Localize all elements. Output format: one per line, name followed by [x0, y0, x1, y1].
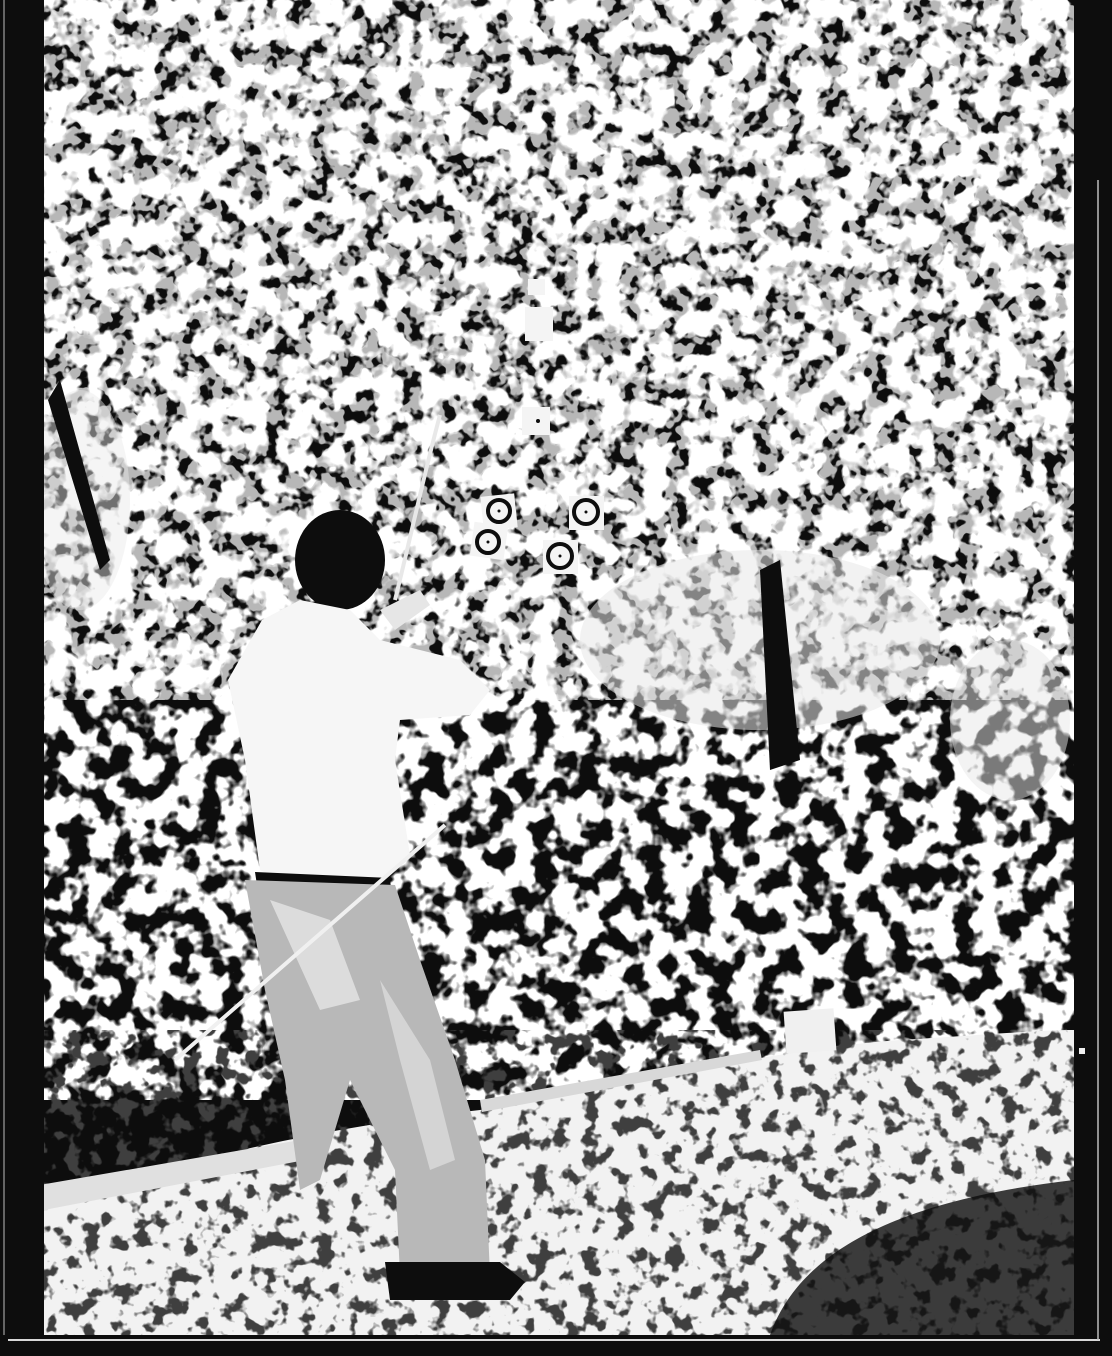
- ground-marker: [784, 1008, 837, 1053]
- archer-shoe: [385, 1262, 525, 1300]
- archer-head: [295, 510, 385, 610]
- clearing: [580, 550, 940, 730]
- target-square-upper: [525, 307, 553, 341]
- bullseye-target: [569, 496, 604, 530]
- bullseye-target: [470, 522, 508, 560]
- target-square-top: [528, 279, 545, 295]
- bullseye-target: [543, 540, 578, 574]
- archery-photograph: [0, 0, 1112, 1356]
